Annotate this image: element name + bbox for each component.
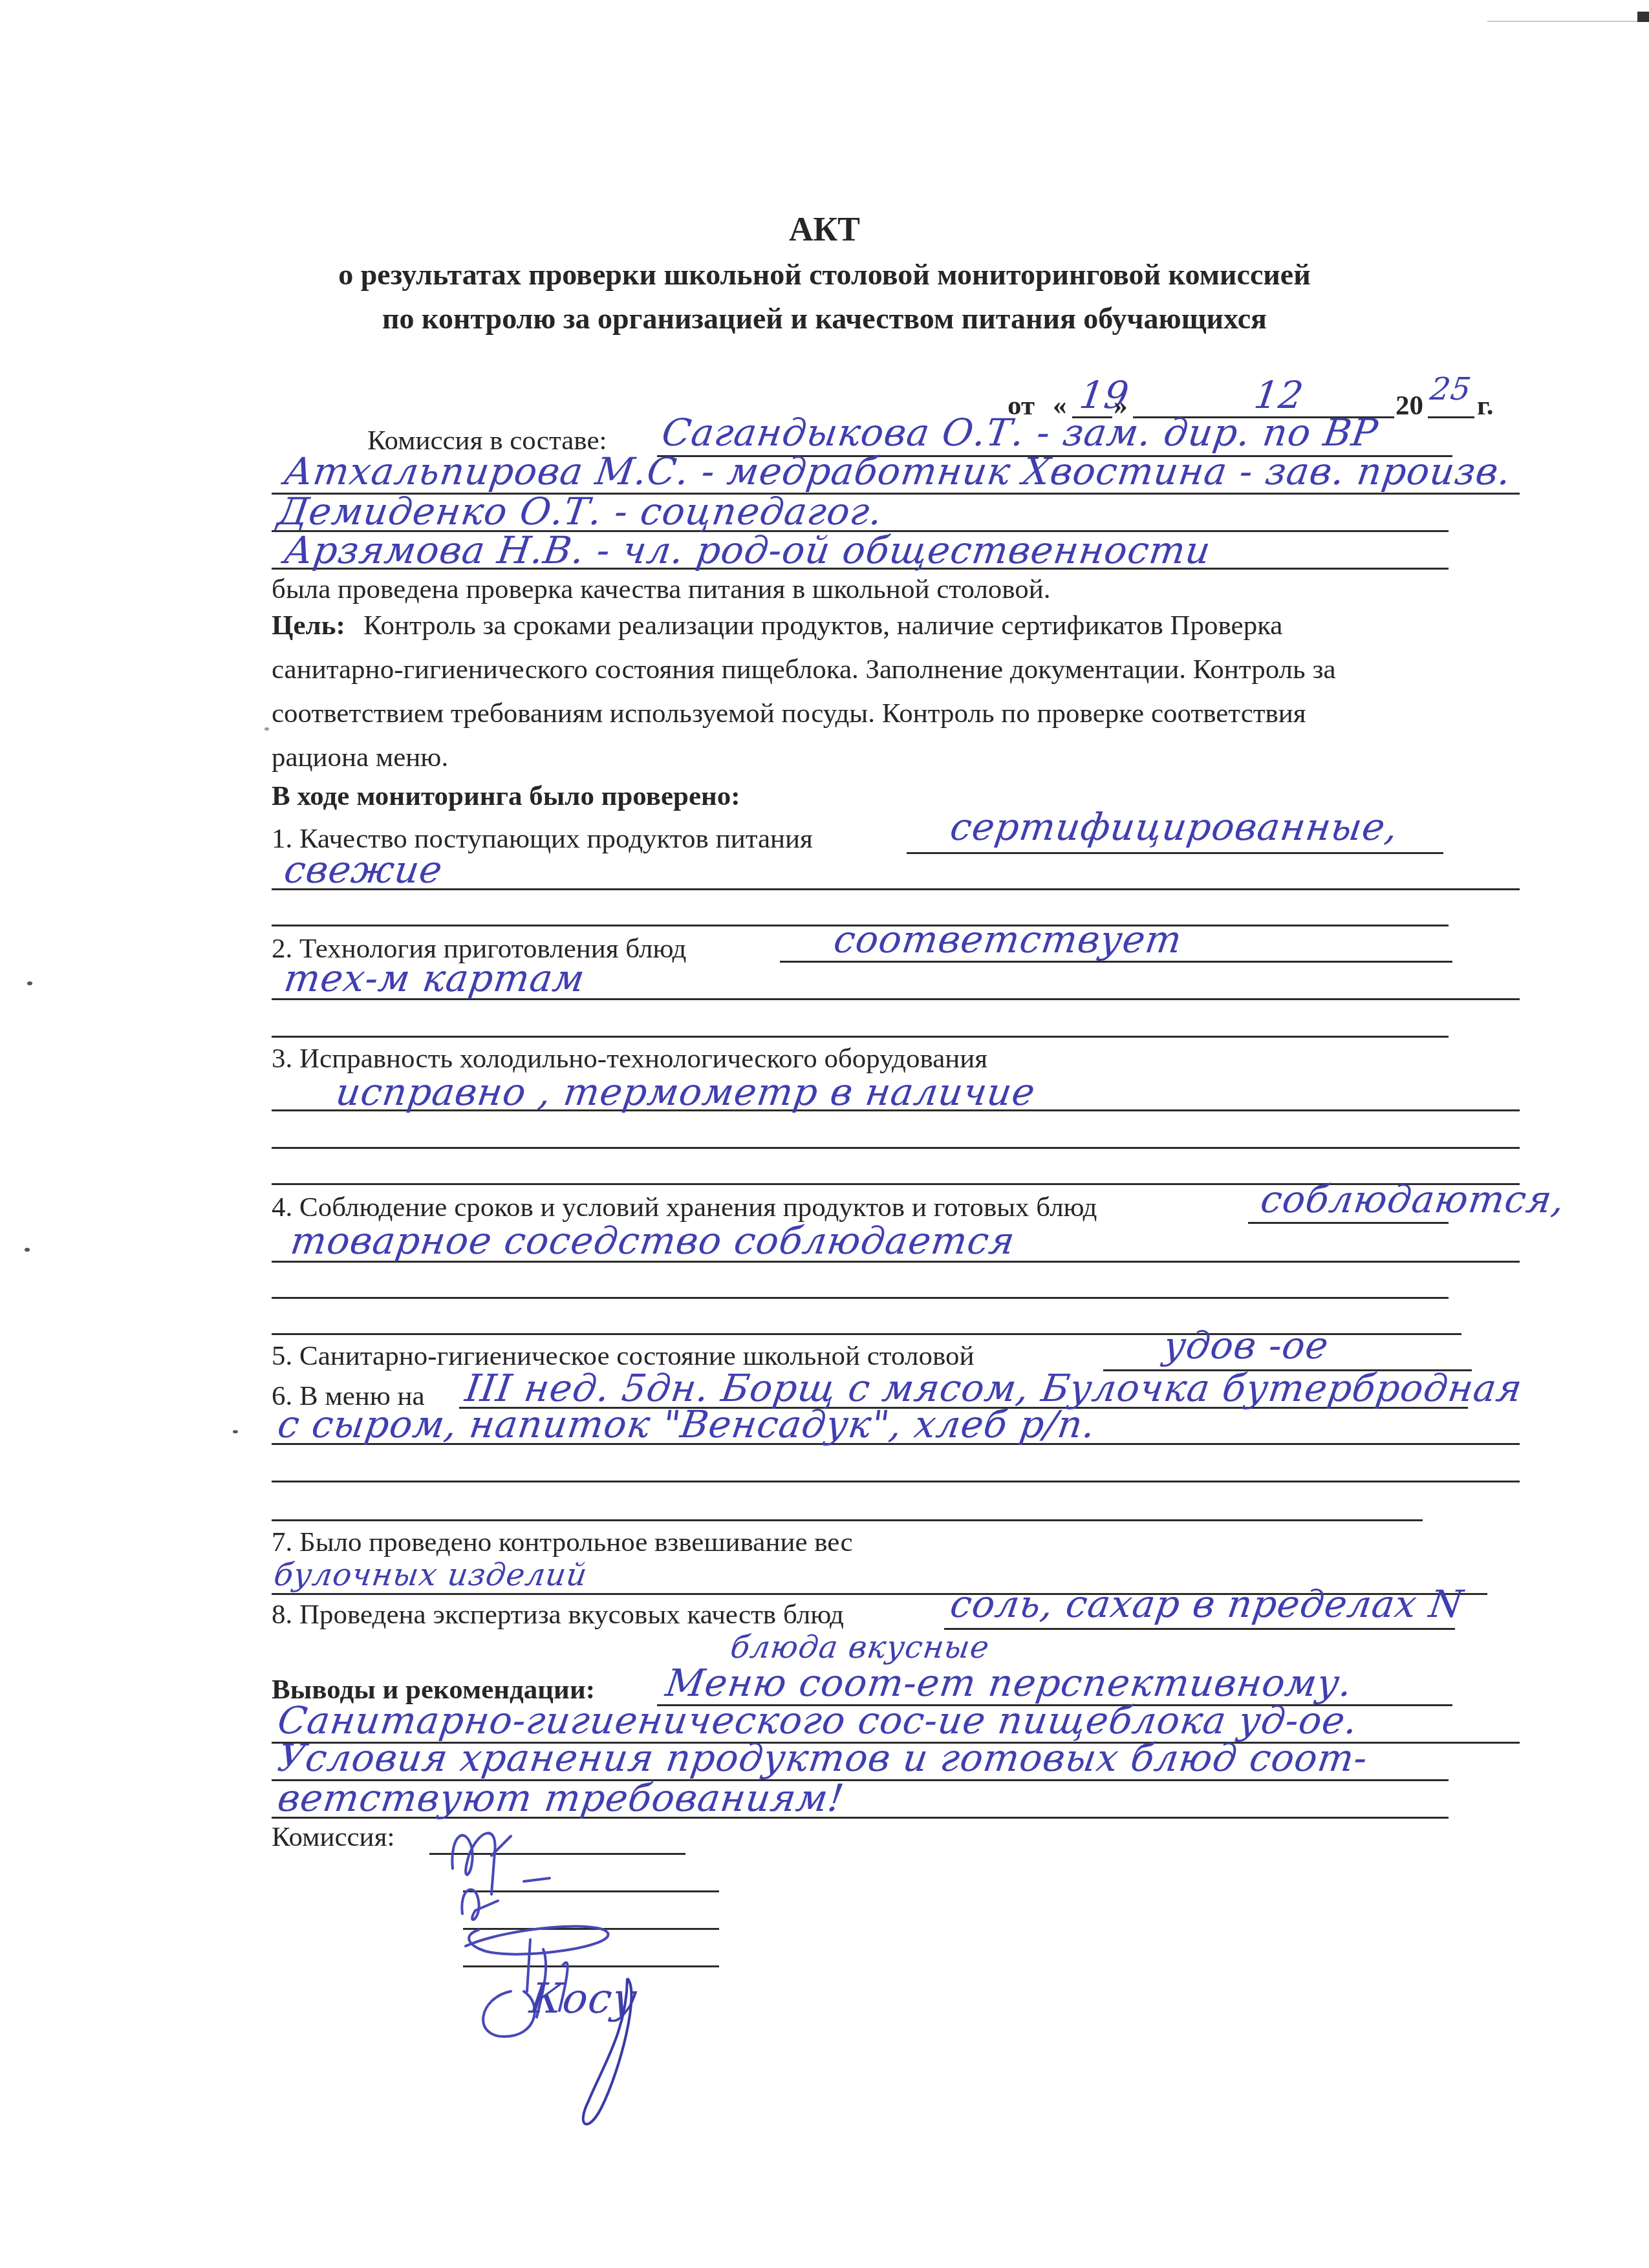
date-year-prefix: 20 [1396, 392, 1423, 420]
signature-tail [530, 1952, 660, 2146]
scan-speck [233, 1430, 238, 1433]
scan-edge-line [1487, 21, 1649, 22]
item-6-line-4 [272, 1519, 1423, 1521]
goal-line-3: соответствием требованиям используемой п… [272, 700, 1306, 727]
checked-heading: В ходе мониторинга было проверено: [272, 782, 740, 810]
item-8-label: 8. Проведена экспертиза вкусовых качеств… [272, 1601, 844, 1629]
item-3-label: 3. Исправность холодильно-технологическо… [272, 1045, 987, 1073]
item-4-answer-inline[interactable]: соблюдаются, [1258, 1181, 1568, 1218]
conclusions-text-line-1[interactable]: Меню соот-ет перспективному. [663, 1664, 1355, 1702]
item-4-line-inline [1248, 1222, 1449, 1224]
conclusions-text-line-3[interactable]: Условия хранения продуктов и готовых блю… [275, 1739, 1370, 1777]
scan-edge-block [1637, 12, 1649, 22]
item-7-label: 7. Было проведено контрольное взвешивани… [272, 1528, 853, 1556]
goal-line-2: санитарно-гигиенического состояния пищеб… [272, 656, 1336, 683]
goal-line-4: рациона меню. [272, 744, 448, 771]
item-4-answer-line-1[interactable]: товарное соседство соблюдается [288, 1222, 1017, 1259]
item-8-line-inline [944, 1628, 1455, 1630]
scan-speck [27, 981, 32, 985]
commission-member-3[interactable]: Демиденко О.Т. - соцпедагог. [275, 493, 885, 530]
item-2-line-3 [272, 1036, 1449, 1038]
item-1-line-2 [272, 888, 1520, 890]
scan-speck [264, 727, 269, 731]
date-month[interactable]: 12 [1252, 376, 1306, 414]
item-6-answer-line-1[interactable]: с сыром, напиток "Венсадук", хлеб р/п. [275, 1406, 1098, 1443]
document-subtitle-line-1: о результатах проверки школьной столовой… [0, 260, 1649, 290]
item-1-answer-line-1[interactable]: свежие [282, 851, 445, 888]
item-3-answer-line-1[interactable]: исправно , термометр в наличие [334, 1073, 1038, 1111]
item-4-line-3 [272, 1297, 1449, 1299]
item-8-answer-inline[interactable]: соль, сахар в пределах N [948, 1585, 1465, 1623]
date-year-line [1428, 416, 1474, 418]
item-5-answer-inline[interactable]: удов -ое [1161, 1327, 1331, 1364]
item-1-line-inline [907, 852, 1443, 854]
item-6-line-3 [272, 1481, 1520, 1482]
check-sentence: была проведена проверка качества питания… [272, 575, 1051, 603]
item-3-line-2 [272, 1147, 1520, 1149]
goal-label: Цель: [272, 612, 345, 639]
date-year-mark: г. [1477, 392, 1493, 420]
item-2-answer-line-1[interactable]: тех-м картам [282, 959, 587, 997]
commission-member-2[interactable]: Атхальпирова М.С. - медработник Хвостина… [282, 453, 1514, 490]
goal-line-1: Контроль за сроками реализации продуктов… [363, 612, 1282, 639]
item-1-answer-inline[interactable]: сертифицированные, [948, 808, 1401, 846]
commission-member-4[interactable]: Арзямова Н.В. - чл. род-ой общественност… [282, 531, 1213, 569]
document-subtitle-line-2: по контролю за организацией и качеством … [0, 304, 1649, 334]
document-title: АКТ [0, 213, 1649, 247]
act-document-page: АКТ о результатах проверки школьной стол… [0, 0, 1649, 2268]
item-4-label: 4. Соблюдение сроков и условий хранения … [272, 1193, 1097, 1221]
item-8-answer-line-1[interactable]: блюда вкусные [729, 1632, 992, 1663]
scan-edge-mark [1487, 0, 1649, 22]
item-6-answer-inline[interactable]: III нед. 5дн. Борщ с мясом, Булочка буте… [463, 1369, 1525, 1407]
item-7-answer-line-1[interactable]: булочных изделий [272, 1559, 590, 1590]
signatures-label: Комиссия: [272, 1823, 394, 1851]
date-year-suffix[interactable]: 25 [1428, 374, 1474, 405]
commission-member-1[interactable]: Сагандыкова О.Т. - зам. дир. по ВР [660, 414, 1381, 451]
scan-speck [25, 1248, 30, 1252]
item-2-answer-inline[interactable]: соответствует [832, 921, 1185, 958]
conclusions-text-line-2[interactable]: Санитарно-гигиенического сос-ие пищеблок… [275, 1702, 1361, 1739]
